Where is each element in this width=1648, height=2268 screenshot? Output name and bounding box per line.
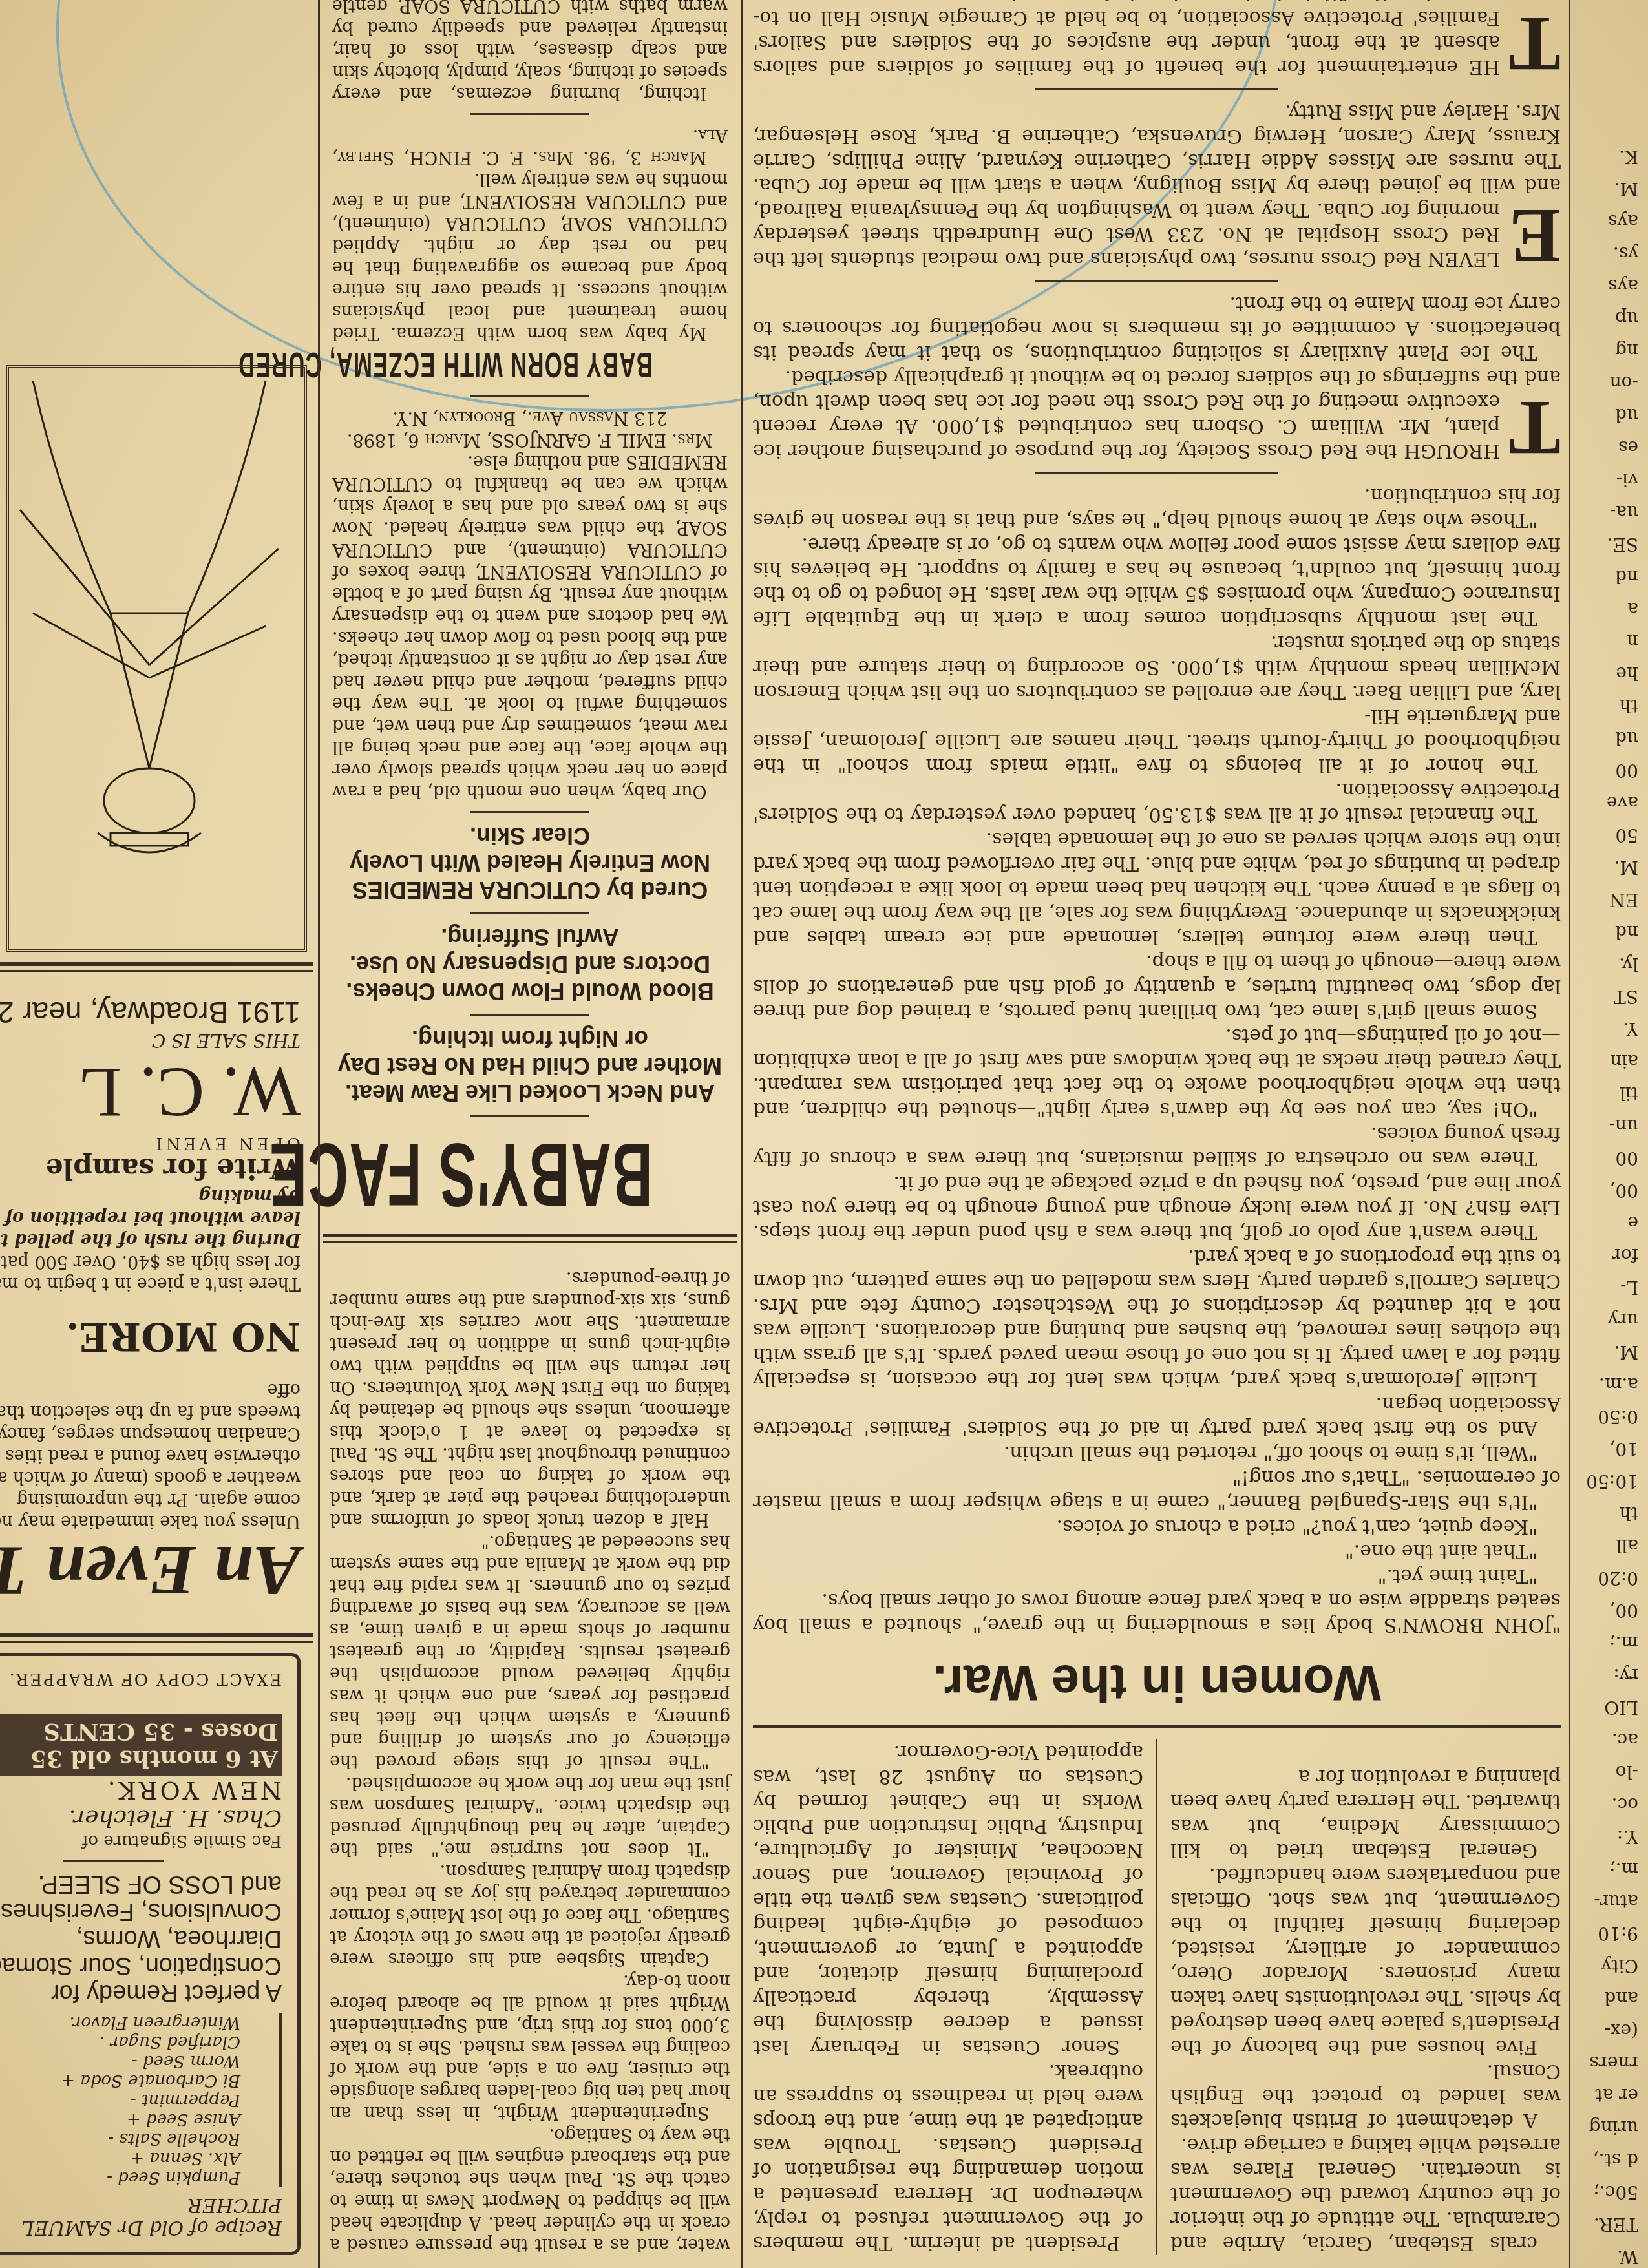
ingredient-item: Alx. Senna + xyxy=(0,2148,240,2168)
edge-fragment: L- xyxy=(1577,1276,1638,1299)
edge-fragment: all xyxy=(1577,1534,1638,1557)
edge-fragment: for xyxy=(1577,1243,1638,1266)
edge-fragment: un- xyxy=(1577,1114,1638,1137)
edge-fragment: and xyxy=(1577,1986,1638,2010)
ads-column-edge: Recipe of Old Dr SAMUEL PITCHER Pumpkin … xyxy=(0,0,313,2268)
edge-fragment: 00, xyxy=(1577,1179,1638,1202)
edge-fragment: ud xyxy=(1577,726,1638,750)
column-rule xyxy=(318,0,320,2268)
edge-fragment: ain xyxy=(1577,1049,1638,1073)
edge-fragment: ury xyxy=(1577,1308,1638,1331)
liberty-figure-drawing xyxy=(0,368,304,949)
edge-fragment: W. xyxy=(1577,2245,1638,2268)
edge-fragment: ys. xyxy=(1577,242,1638,265)
edge-fragment: oc. xyxy=(1577,1792,1638,1816)
edge-fragment: rners xyxy=(1577,2051,1638,2074)
column-rule xyxy=(1569,0,1570,2268)
edge-fragment: he xyxy=(1577,662,1638,685)
edge-fragment: uring xyxy=(1577,2116,1638,2139)
edge-fragment: n xyxy=(1577,629,1638,653)
edge-fragment: 10, xyxy=(1577,1437,1638,1460)
edge-fragment: 10:50 xyxy=(1577,1469,1638,1493)
column-rule xyxy=(741,0,743,2268)
news-column-main: crals Esteban, Garcia, Arribe and Caramb… xyxy=(746,0,1561,2268)
edge-fragment: up xyxy=(1577,306,1638,330)
naval-article: water, and as a result the pressure caus… xyxy=(323,1254,737,2268)
edge-fragment: th xyxy=(1577,1502,1638,1525)
ads-column-middle: water, and as a result the pressure caus… xyxy=(323,0,737,2268)
edge-fragment: e xyxy=(1577,1211,1638,1234)
edge-fragment: LIO xyxy=(1577,1696,1638,1719)
dropcap: T xyxy=(1509,395,1561,460)
edge-fragment: d st., xyxy=(1577,2148,1638,2171)
edge-fragment: 00 xyxy=(1577,759,1638,782)
edge-fragment: ua- xyxy=(1577,500,1638,523)
ingredient-item: Bi Carbonate Soda + xyxy=(0,2071,240,2090)
ingredients-list: Pumpkin Seed -Alx. Senna +Rochelle Salts… xyxy=(0,2013,282,2187)
ice-plant-article: T HROUGH the Red Cross Society, for the … xyxy=(753,291,1561,463)
ingredient-item: Pumpkin Seed - xyxy=(0,2168,240,2187)
edge-fragment: m.; xyxy=(1577,1857,1638,1880)
edge-fragment: K. xyxy=(1577,145,1638,168)
edge-fragment: atur- xyxy=(1577,1889,1638,1913)
edge-fragment: M. xyxy=(1577,1340,1638,1363)
red-cross-nurses-article: E LEVEN Red Cross nurses, two physicians… xyxy=(753,99,1561,271)
edge-fragment: TER. xyxy=(1577,2212,1638,2236)
edge-fragment: vi- xyxy=(1577,468,1638,491)
edge-fragment: a xyxy=(1577,597,1638,620)
edge-fragment: ac. xyxy=(1577,1728,1638,1751)
edge-fragment: til xyxy=(1577,1082,1638,1105)
edge-fragment: 0:50 xyxy=(1577,1405,1638,1428)
edge-fragment: ST xyxy=(1577,985,1638,1008)
edge-fragment: -on xyxy=(1577,371,1638,394)
castoria-ad: Recipe of Old Dr SAMUEL PITCHER Pumpkin … xyxy=(0,1653,301,2255)
edge-fragment: M. xyxy=(1577,177,1638,200)
edge-fragment: (ex- xyxy=(1577,2019,1638,2042)
ingredient-item: Rochelle Salts - xyxy=(0,2129,240,2148)
edge-fragment: nd xyxy=(1577,920,1638,943)
dropcap: E xyxy=(1509,204,1561,268)
newspaper-page: W.TER.50c.;d st.,uringer atrners(ex-andC… xyxy=(0,0,1648,2268)
edge-fragment: ays xyxy=(1577,209,1638,233)
dropcap: T xyxy=(1509,12,1561,76)
edge-fragment: a.m. xyxy=(1577,1372,1638,1396)
ingredient-item: Worm Seed - xyxy=(0,2052,240,2071)
edge-fragment: ays xyxy=(1577,274,1638,297)
edge-fragment: nd xyxy=(1577,565,1638,588)
edge-fragment: 9:10 xyxy=(1577,1922,1638,1945)
entertainment-article: T HE entertainment for the benefit of th… xyxy=(753,0,1561,79)
cartoon-illustration xyxy=(6,365,307,952)
edge-fragment: ng xyxy=(1577,339,1638,362)
cuba-column-b: President ad interim. The members of the… xyxy=(753,1739,1143,2255)
edge-fragment: ud xyxy=(1577,403,1638,426)
women-war-headline: Women in the War. xyxy=(753,1654,1561,1712)
edge-fragment: th xyxy=(1577,694,1638,717)
edge-fragment: Y. xyxy=(1577,1017,1638,1040)
ingredient-item: Peppermint - xyxy=(0,2090,240,2110)
tailoring-ad: An Even Tailoring Unless you take immedi… xyxy=(0,982,313,1622)
edge-fragment: City xyxy=(1577,1954,1638,1977)
ingredient-item: Anise Seed + xyxy=(0,2110,240,2129)
women-war-body: "JOHN BROWN'S body lies a smouldering in… xyxy=(753,704,1561,1637)
edge-fragment: M. xyxy=(1577,856,1638,879)
edge-fragment: m.; xyxy=(1577,1631,1638,1654)
edge-fragment: 00, xyxy=(1577,1599,1638,1622)
edge-fragment: es xyxy=(1577,436,1638,459)
edge-fragment: 50 xyxy=(1577,823,1638,846)
edge-fragment: er at xyxy=(1577,2083,1638,2106)
edge-fragment: EN xyxy=(1577,888,1638,911)
edge-fragment: ave xyxy=(1577,791,1638,814)
edge-fragment: -lo xyxy=(1577,1760,1638,1783)
edge-fragment: 50c.; xyxy=(1577,2180,1638,2203)
right-edge-column-fragments: W.TER.50c.;d st.,uringer atrners(ex-andC… xyxy=(1577,0,1638,2268)
edge-fragment: 00 xyxy=(1577,1146,1638,1170)
ingredient-item: Clarified Sugar . xyxy=(0,2032,240,2052)
ingredient-item: Wintergreen Flavor. xyxy=(0,2013,240,2032)
edge-fragment: SE. xyxy=(1577,532,1638,556)
edge-fragment: 0:20 xyxy=(1577,1566,1638,1590)
cuticura-ad-babys-face: BABY'S FACE And Neck Looked Like Raw Mea… xyxy=(323,0,737,1223)
edge-fragment: Y.: xyxy=(1577,1825,1638,1848)
edge-fragment: ry: xyxy=(1577,1663,1638,1686)
cuba-column-a: crals Esteban, Garcia, Arribe and Caramb… xyxy=(1170,1739,1561,2255)
edge-fragment: ly. xyxy=(1577,952,1638,976)
subscription-article: lary, and Lillian Baer. They are enrolle… xyxy=(753,483,1561,704)
